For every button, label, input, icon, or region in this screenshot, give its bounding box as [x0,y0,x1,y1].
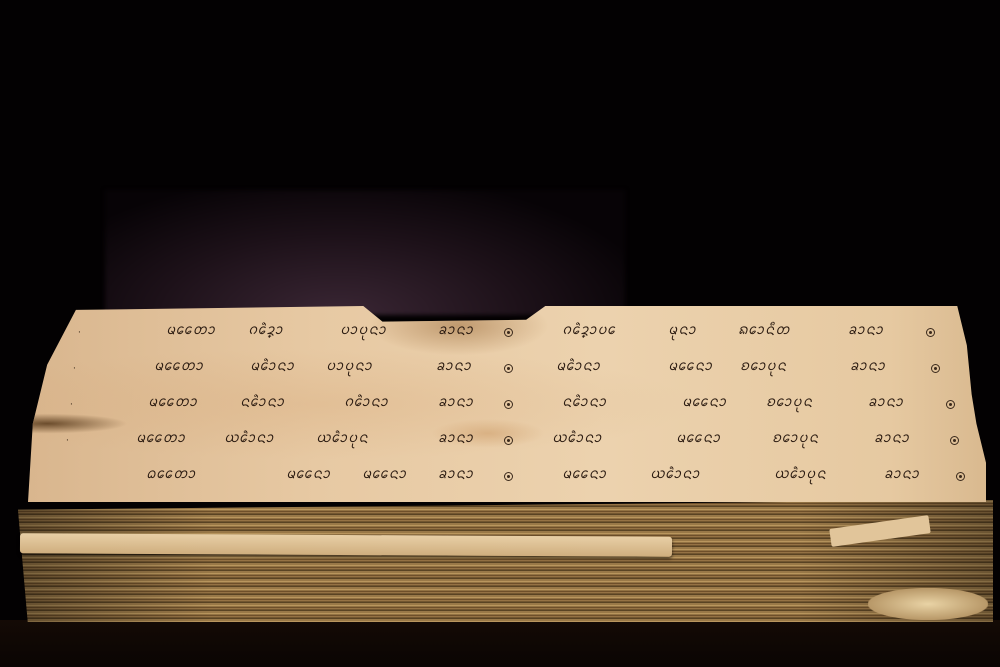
script-word: ᨾᩯᨲᩣ [148,392,198,414]
script-word: ᨡᩣᨶᩣ [438,464,474,486]
punctuation-mark [504,472,513,481]
script-word: ᨧᩮᩣᨷᩩᨶ [740,356,787,378]
punctuation-mark [926,328,935,337]
punctuation-mark [504,400,513,409]
script-word: ᨿᩮᩫᩣᨶᩣ [552,428,602,450]
script-word: ᨡᩣᨶᩣ [874,428,910,450]
punctuation-mark [931,364,940,373]
script-word: ᨷᩣᨷᩩᨶᩣ [326,356,373,378]
loose-leaf [20,533,672,556]
script-word: ᨡᩣᨶᩣ [850,356,886,378]
script-word: ᨡᩣᨶᩣ [884,464,920,486]
script-word: ᨡᩣᨶᩣ [868,392,904,414]
script-word: ᨾᩯᨲᩣ [154,356,204,378]
display-surface [0,620,1000,667]
manuscript-top-page: · ᨾᩯᨲᩣ ᨣᩮᩫ᩠ᨯᩣ ᨷᩣᨷᩩᨶᩣ ᨡᩣᨶᩣ ᨣᩮᩫ᩠ᨯᩣᨷᩮ ᨾᩩᨶᩣ … [28,306,986,502]
script-word: ᨡᩣᨶᩣ [438,392,474,414]
text-line-5: ᨵᩯᨲᩣ ᨾᩯᨶᩣ ᨾᩯᨶᩣ ᨡᩣᨶᩣ ᨾᩯᨶᩣ ᨿᩮᩫᩣᨶᩣ ᨿᩮᩫᩣᨷᩩᨶ … [28,464,986,496]
punctuation-mark [956,472,965,481]
script-word: ᨵᩯᨲᩣ [146,464,196,486]
text-line-2: · ᨾᩯᨲᩣ ᨾᩮᩫᩣᨶᩣ ᨷᩣᨷᩩᨶᩣ ᨡᩣᨶᩣ ᨾᩮᩫᩣᨶᩣ ᨾᩯᨶᩣ ᨧᩮ… [28,356,986,388]
manuscript-leaf-stack [18,500,993,622]
script-word: ᨣᩮᩫᩣᨶᩣ [344,392,389,414]
script-word: ᨡᩣᨶᩣ [436,356,472,378]
script-word: ᨣᩮᩫ᩠ᨯᩣ [248,320,283,342]
script-word: ᨿᩮᩫᩣᨷᩩᨶ [316,428,369,450]
script-word: ᨾᩮᩫᩣᨶᩣ [250,356,295,378]
script-word: ᨿᩮᩫᩣᨶᩣ [650,464,700,486]
script-word: ᨿᩮᩫᩣᨷᩩᨶ [774,464,827,486]
script-word: ᨾᩯᨶᩣ [668,356,713,378]
script-word: ᨾᩯᨶᩣ [682,392,727,414]
punctuation-mark [950,436,959,445]
script-word: ᨾᩯᨶᩣ [286,464,331,486]
script-word: ᨣᩮᩫ᩠ᨯᩣᨷᩮ [562,320,616,342]
script-word: ᨾᩯᨲᩣ [136,428,186,450]
punctuation-mark [504,328,513,337]
punctuation-mark [504,436,513,445]
script-word: ᨾᩯᨲᩣ [166,320,216,342]
script-word: ᨧᩮᩣᨷᩩᨶ [772,428,819,450]
text-line-3: · ᨾᩯᨲᩣ ᨶᩮᩫᩣᨶᩣ ᨣᩮᩫᩣᨶᩣ ᨡᩣᨶᩣ ᨶᩮᩫᩣᨶᩣ ᨾᩯᨶᩣ ᨧᩮ… [28,392,986,424]
punctuation-mark [504,364,513,373]
script-word: ᨷᩣᨷᩩᨶᩣ [340,320,387,342]
script-word: ᨧᩮᩣᨷᩩᨶ [766,392,813,414]
punctuation-mark [946,400,955,409]
script-word: ᨦᩮᩣᨶᩥᨲ [738,320,791,342]
script-word: ᨶᩮᩫᩣᨶᩣ [562,392,607,414]
script-word: ᨾᩯᨶᩣ [362,464,407,486]
script-word: ᨾᩩᨶᩣ [668,320,697,342]
script-word: ᨾᩯᨶᩣ [562,464,607,486]
script-word: ᨶᩮᩫᩣᨶᩣ [240,392,285,414]
script-word: ᨡᩣᨶᩣ [438,428,474,450]
wooden-backdrop [105,190,625,315]
script-word: ᨡᩣᨶᩣ [848,320,884,342]
frayed-fiber [868,588,988,620]
script-word: ᨿᩮᩫᩣᨶᩣ [224,428,274,450]
script-word: ᨡᩣᨶᩣ [438,320,474,342]
script-word: ᨾᩮᩫᩣᨶᩣ [556,356,601,378]
script-word: ᨾᩯᨶᩣ [676,428,721,450]
text-line-4: · ᨾᩯᨲᩣ ᨿᩮᩫᩣᨶᩣ ᨿᩮᩫᩣᨷᩩᨶ ᨡᩣᨶᩣ ᨿᩮᩫᩣᨶᩣ ᨾᩯᨶᩣ ᨧ… [28,428,986,460]
text-line-1: · ᨾᩯᨲᩣ ᨣᩮᩫ᩠ᨯᩣ ᨷᩣᨷᩩᨶᩣ ᨡᩣᨶᩣ ᨣᩮᩫ᩠ᨯᩣᨷᩮ ᨾᩩᨶᩣ … [28,320,986,352]
